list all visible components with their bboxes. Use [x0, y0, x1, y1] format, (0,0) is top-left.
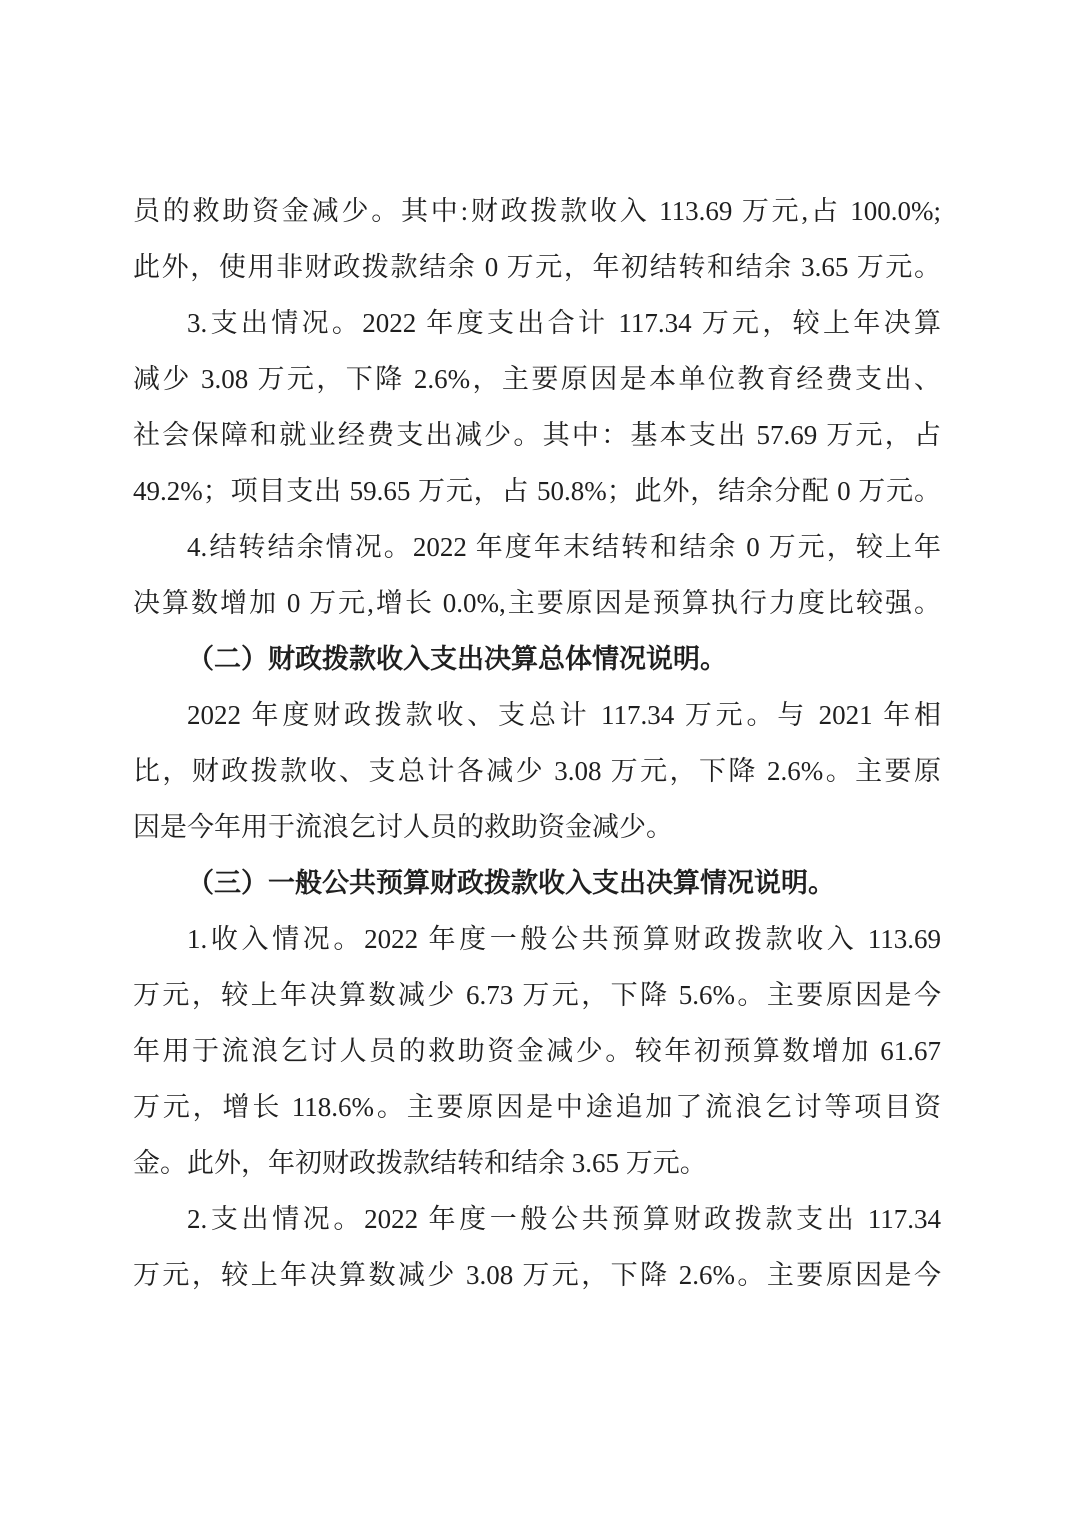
text-line: 金。此外，年初财政拨款结转和结余 3.65 万元。	[133, 1135, 941, 1191]
paragraph-carryover-item-4: 4.结转结余情况。2022 年度年末结转和结余 0 万元，较上年 决算数增加 0…	[133, 519, 941, 631]
text-line: 万元，增长 118.6%。主要原因是中途追加了流浪乞讨等项目资	[133, 1079, 941, 1135]
text-line: 4.结转结余情况。2022 年度年末结转和结余 0 万元，较上年	[133, 519, 941, 575]
text-line: 万元，较上年决算数减少 3.08 万元，下降 2.6%。主要原因是今	[133, 1247, 941, 1303]
document-page: 员的救助资金减少。其中:财政拨款收入 113.69 万元,占 100.0%; 此…	[0, 0, 1074, 1520]
text-line: 2.支出情况。2022 年度一般公共预算财政拨款支出 117.34	[133, 1191, 941, 1247]
text-line: 万元，较上年决算数减少 6.73 万元，下降 5.6%。主要原因是今	[133, 967, 941, 1023]
section-heading-3: （三）一般公共预算财政拨款收入支出决算情况说明。	[133, 855, 941, 911]
text-line: 比，财政拨款收、支总计各减少 3.08 万元，下降 2.6%。主要原	[133, 743, 941, 799]
text-line: 3.支出情况。2022 年度支出合计 117.34 万元，较上年决算	[133, 295, 941, 351]
paragraph-general-budget-income-item-1: 1.收入情况。2022 年度一般公共预算财政拨款收入 113.69 万元，较上年…	[133, 911, 941, 1191]
text-line: 此外，使用非财政拨款结余 0 万元，年初结转和结余 3.65 万元。	[133, 239, 941, 295]
text-line: 员的救助资金减少。其中:财政拨款收入 113.69 万元,占 100.0%;	[133, 183, 941, 239]
paragraph-fiscal-total: 2022 年度财政拨款收、支总计 117.34 万元。与 2021 年相 比，财…	[133, 687, 941, 855]
text-line: 1.收入情况。2022 年度一般公共预算财政拨款收入 113.69	[133, 911, 941, 967]
text-line: 决算数增加 0 万元,增长 0.0%,主要原因是预算执行力度比较强。	[133, 575, 941, 631]
paragraph-expenditure-item-3: 3.支出情况。2022 年度支出合计 117.34 万元，较上年决算 减少 3.…	[133, 295, 941, 519]
text-line: 减少 3.08 万元，下降 2.6%，主要原因是本单位教育经费支出、	[133, 351, 941, 407]
text-line: 49.2%；项目支出 59.65 万元，占 50.8%；此外，结余分配 0 万元…	[133, 463, 941, 519]
heading-line: （二）财政拨款收入支出决算总体情况说明。	[133, 631, 941, 687]
paragraph-general-budget-expenditure-item-2: 2.支出情况。2022 年度一般公共预算财政拨款支出 117.34 万元，较上年…	[133, 1191, 941, 1303]
paragraph-income-continuation: 员的救助资金减少。其中:财政拨款收入 113.69 万元,占 100.0%; 此…	[133, 183, 941, 295]
text-line: 2022 年度财政拨款收、支总计 117.34 万元。与 2021 年相	[133, 687, 941, 743]
section-heading-2: （二）财政拨款收入支出决算总体情况说明。	[133, 631, 941, 687]
heading-line: （三）一般公共预算财政拨款收入支出决算情况说明。	[133, 855, 941, 911]
text-line: 因是今年用于流浪乞讨人员的救助资金减少。	[133, 799, 941, 855]
text-line: 社会保障和就业经费支出减少。其中：基本支出 57.69 万元，占	[133, 407, 941, 463]
text-line: 年用于流浪乞讨人员的救助资金减少。较年初预算数增加 61.67	[133, 1023, 941, 1079]
